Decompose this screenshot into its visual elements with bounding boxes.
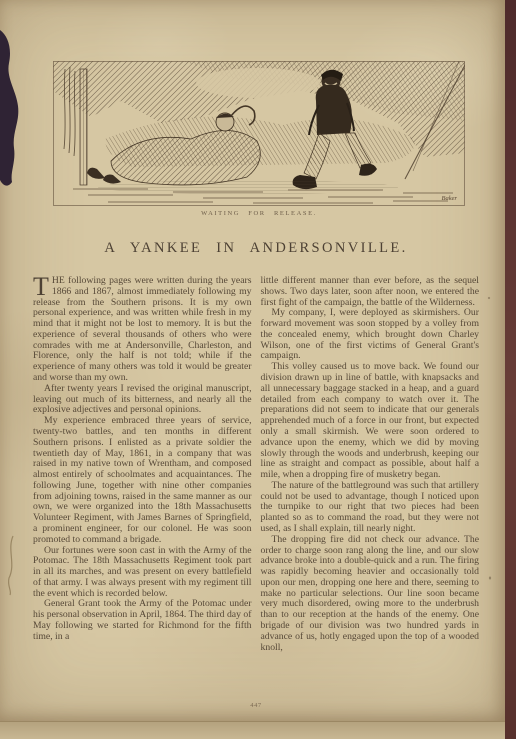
paragraph: little different manner than ever before…: [261, 276, 480, 308]
right-column: little different manner than ever before…: [261, 276, 480, 653]
tent-post: [80, 69, 87, 185]
scanned-page: Baker WAITING FOR RELEASE. A YANKEE IN A…: [0, 0, 516, 739]
paragraph: After twenty years I revised the origina…: [33, 384, 252, 416]
paragraph: THE following pages were written during …: [33, 276, 252, 384]
paragraph: My company, I, were deployed as skirmish…: [261, 308, 480, 362]
illustration-caption: WAITING FOR RELEASE.: [53, 210, 465, 217]
paragraph: The nature of the battleground was such …: [261, 481, 480, 535]
engraving-illustration: Baker: [53, 61, 465, 206]
drop-cap: T: [33, 276, 52, 297]
page-edge-bottom: [0, 721, 505, 739]
page-number: 447: [33, 702, 479, 709]
paragraph-text: HE following pages were written during t…: [33, 275, 252, 383]
ink-blot: [0, 8, 30, 193]
paragraph: General Grant took the Army of the Potom…: [33, 599, 252, 642]
paragraph: The dropping fire did not check our adva…: [261, 535, 480, 654]
paper-specks: [486, 290, 494, 610]
artist-signature: Baker: [441, 195, 457, 202]
article-body: THE following pages were written during …: [33, 276, 479, 653]
article-title: A YANKEE IN ANDERSONVILLE.: [33, 240, 479, 257]
scratch-mark: [3, 534, 23, 598]
left-column: THE following pages were written during …: [33, 276, 252, 653]
paragraph: Our fortunes were soon cast in with the …: [33, 546, 252, 600]
book-edge-right: [505, 0, 516, 739]
paragraph: This volley caused us to move back. We f…: [261, 362, 480, 481]
paragraph: My experience embraced three years of se…: [33, 416, 252, 545]
engraving-drawing: Baker: [53, 61, 465, 206]
